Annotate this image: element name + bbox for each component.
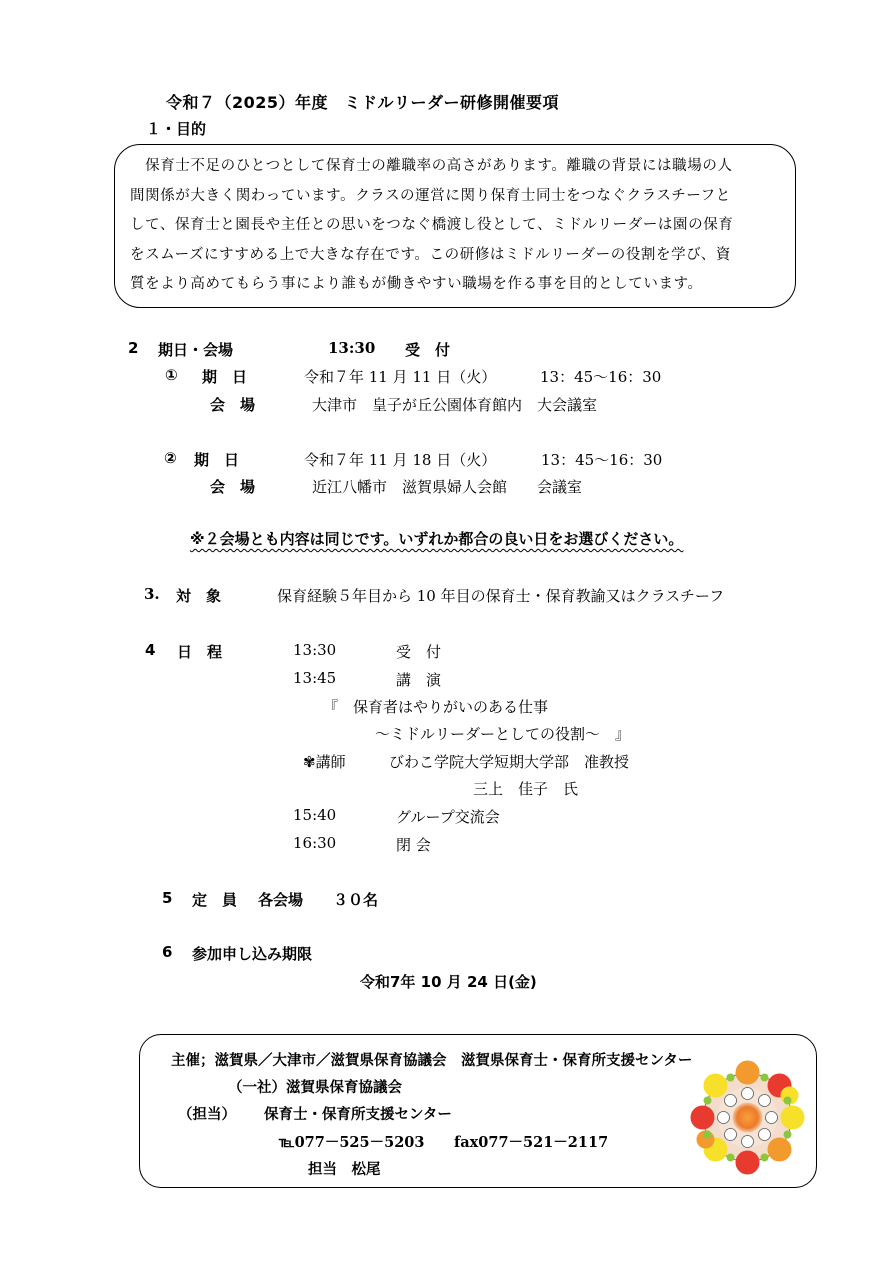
session2-marker: ②	[164, 449, 177, 467]
contact-person: 担当 松尾	[308, 1158, 381, 1179]
schedule-time: 16:30	[293, 834, 336, 852]
lecture-title-line1: 『 保育者はやりがいのある仕事	[323, 696, 548, 717]
session1-venue: 大津市 皇子が丘公園体育館内 大会議室	[312, 394, 597, 415]
session1-date-label: 期 日	[202, 366, 247, 387]
purpose-paragraph: 保育士不足のひとつとして保育士の離職率の高さがあります。離職の背景には職場の人 …	[130, 152, 790, 300]
schedule-time: 13:30	[293, 641, 336, 659]
session2-time: 13：45～16：30	[541, 449, 662, 470]
session2-venue-label: 会 場	[210, 476, 255, 497]
same-content-notice: ※２会場とも内容は同じです。いずれか都合の良い日をお選びください。	[190, 528, 683, 549]
session2-date-label: 期 日	[194, 449, 239, 470]
section3-heading: 対 象	[176, 585, 221, 606]
page-title: 令和７（2025）年度 ミドルリーダー研修開催要項	[166, 90, 559, 113]
schedule-time: 13:45	[293, 669, 336, 687]
tel-number: ℡077－525－5203	[279, 1131, 424, 1152]
schedule-item: グループ交流会	[396, 806, 500, 827]
section2-number: 2	[128, 339, 138, 357]
application-deadline: 令和7年 10 月 24 日(金)	[360, 971, 537, 992]
lecturer-label: ✾講師	[303, 751, 346, 772]
contact-dept: 保育士・保育所支援センター	[264, 1103, 452, 1124]
lecturer-name: 三上 佳子 氏	[473, 778, 578, 799]
purpose-line: 保育士不足のひとつとして保育士の離職率の高さがあります。離職の背景には職場の人	[130, 152, 790, 182]
organizers: 主催；滋賀県／大津市／滋賀県保育協議会 滋賀県保育士・保育所支援センター	[171, 1049, 692, 1070]
section4-heading: 日 程	[177, 641, 222, 662]
schedule-item: 講 演	[396, 669, 441, 690]
contact-label: （担当）	[178, 1103, 236, 1124]
section6-number: 6	[162, 943, 172, 961]
purpose-line: して、保育士と園長や主任との思いをつなぐ橋渡し役として、ミドルリーダーは園の保育	[130, 211, 790, 241]
section5-heading: 定 員	[192, 889, 237, 910]
fax-number: fax077－521－2117	[454, 1131, 608, 1152]
session1-date: 令和７年 11 月 11 日（火）	[304, 366, 496, 387]
section6-heading: 参加申し込み期限	[192, 943, 312, 964]
association: （一社）滋賀県保育協議会	[228, 1076, 402, 1097]
lecturer-affiliation: びわこ学院大学短期大学部 准教授	[389, 751, 629, 772]
capacity: 各会場 ３０名	[258, 889, 378, 910]
purpose-line: 間関係が大きく関わっています。クラスの運営に関り保育士同士をつなぐクラスチーフと	[130, 182, 790, 212]
schedule-item: 閉 会	[396, 834, 431, 855]
session2-venue: 近江八幡市 滋賀県婦人会館 会議室	[312, 476, 582, 497]
lecture-title-line2: ～ミドルリーダーとしての役割～ 』	[375, 723, 630, 744]
section2-heading: 期日・会場	[158, 339, 233, 360]
session1-marker: ①	[165, 366, 178, 384]
session2-date: 令和７年 11 月 18 日（火）	[304, 449, 496, 470]
reception-label: 受 付	[405, 339, 450, 360]
section1-heading: １・目的	[146, 118, 206, 139]
target-audience: 保育経験５年目から 10 年目の保育士・保育教諭又はクラスチーフ	[277, 585, 724, 606]
section4-number: 4	[145, 641, 155, 659]
section5-number: 5	[162, 889, 172, 907]
schedule-item: 受 付	[396, 641, 441, 662]
section3-number: 3.	[144, 585, 160, 603]
purpose-line: をスムーズにすすめる上で大きな存在です。この研修はミドルリーダーの役割を学び、資	[130, 241, 790, 271]
purpose-line: 質をより高めてもらう事により誰もが働きやすい職場を作る事を目的としています。	[130, 270, 790, 300]
session1-time: 13：45～16：30	[540, 366, 661, 387]
session1-venue-label: 会 場	[210, 394, 255, 415]
reception-time: 13:30	[328, 339, 375, 357]
schedule-time: 15:40	[293, 806, 336, 824]
childcare-support-center-logo-icon	[690, 1060, 805, 1175]
